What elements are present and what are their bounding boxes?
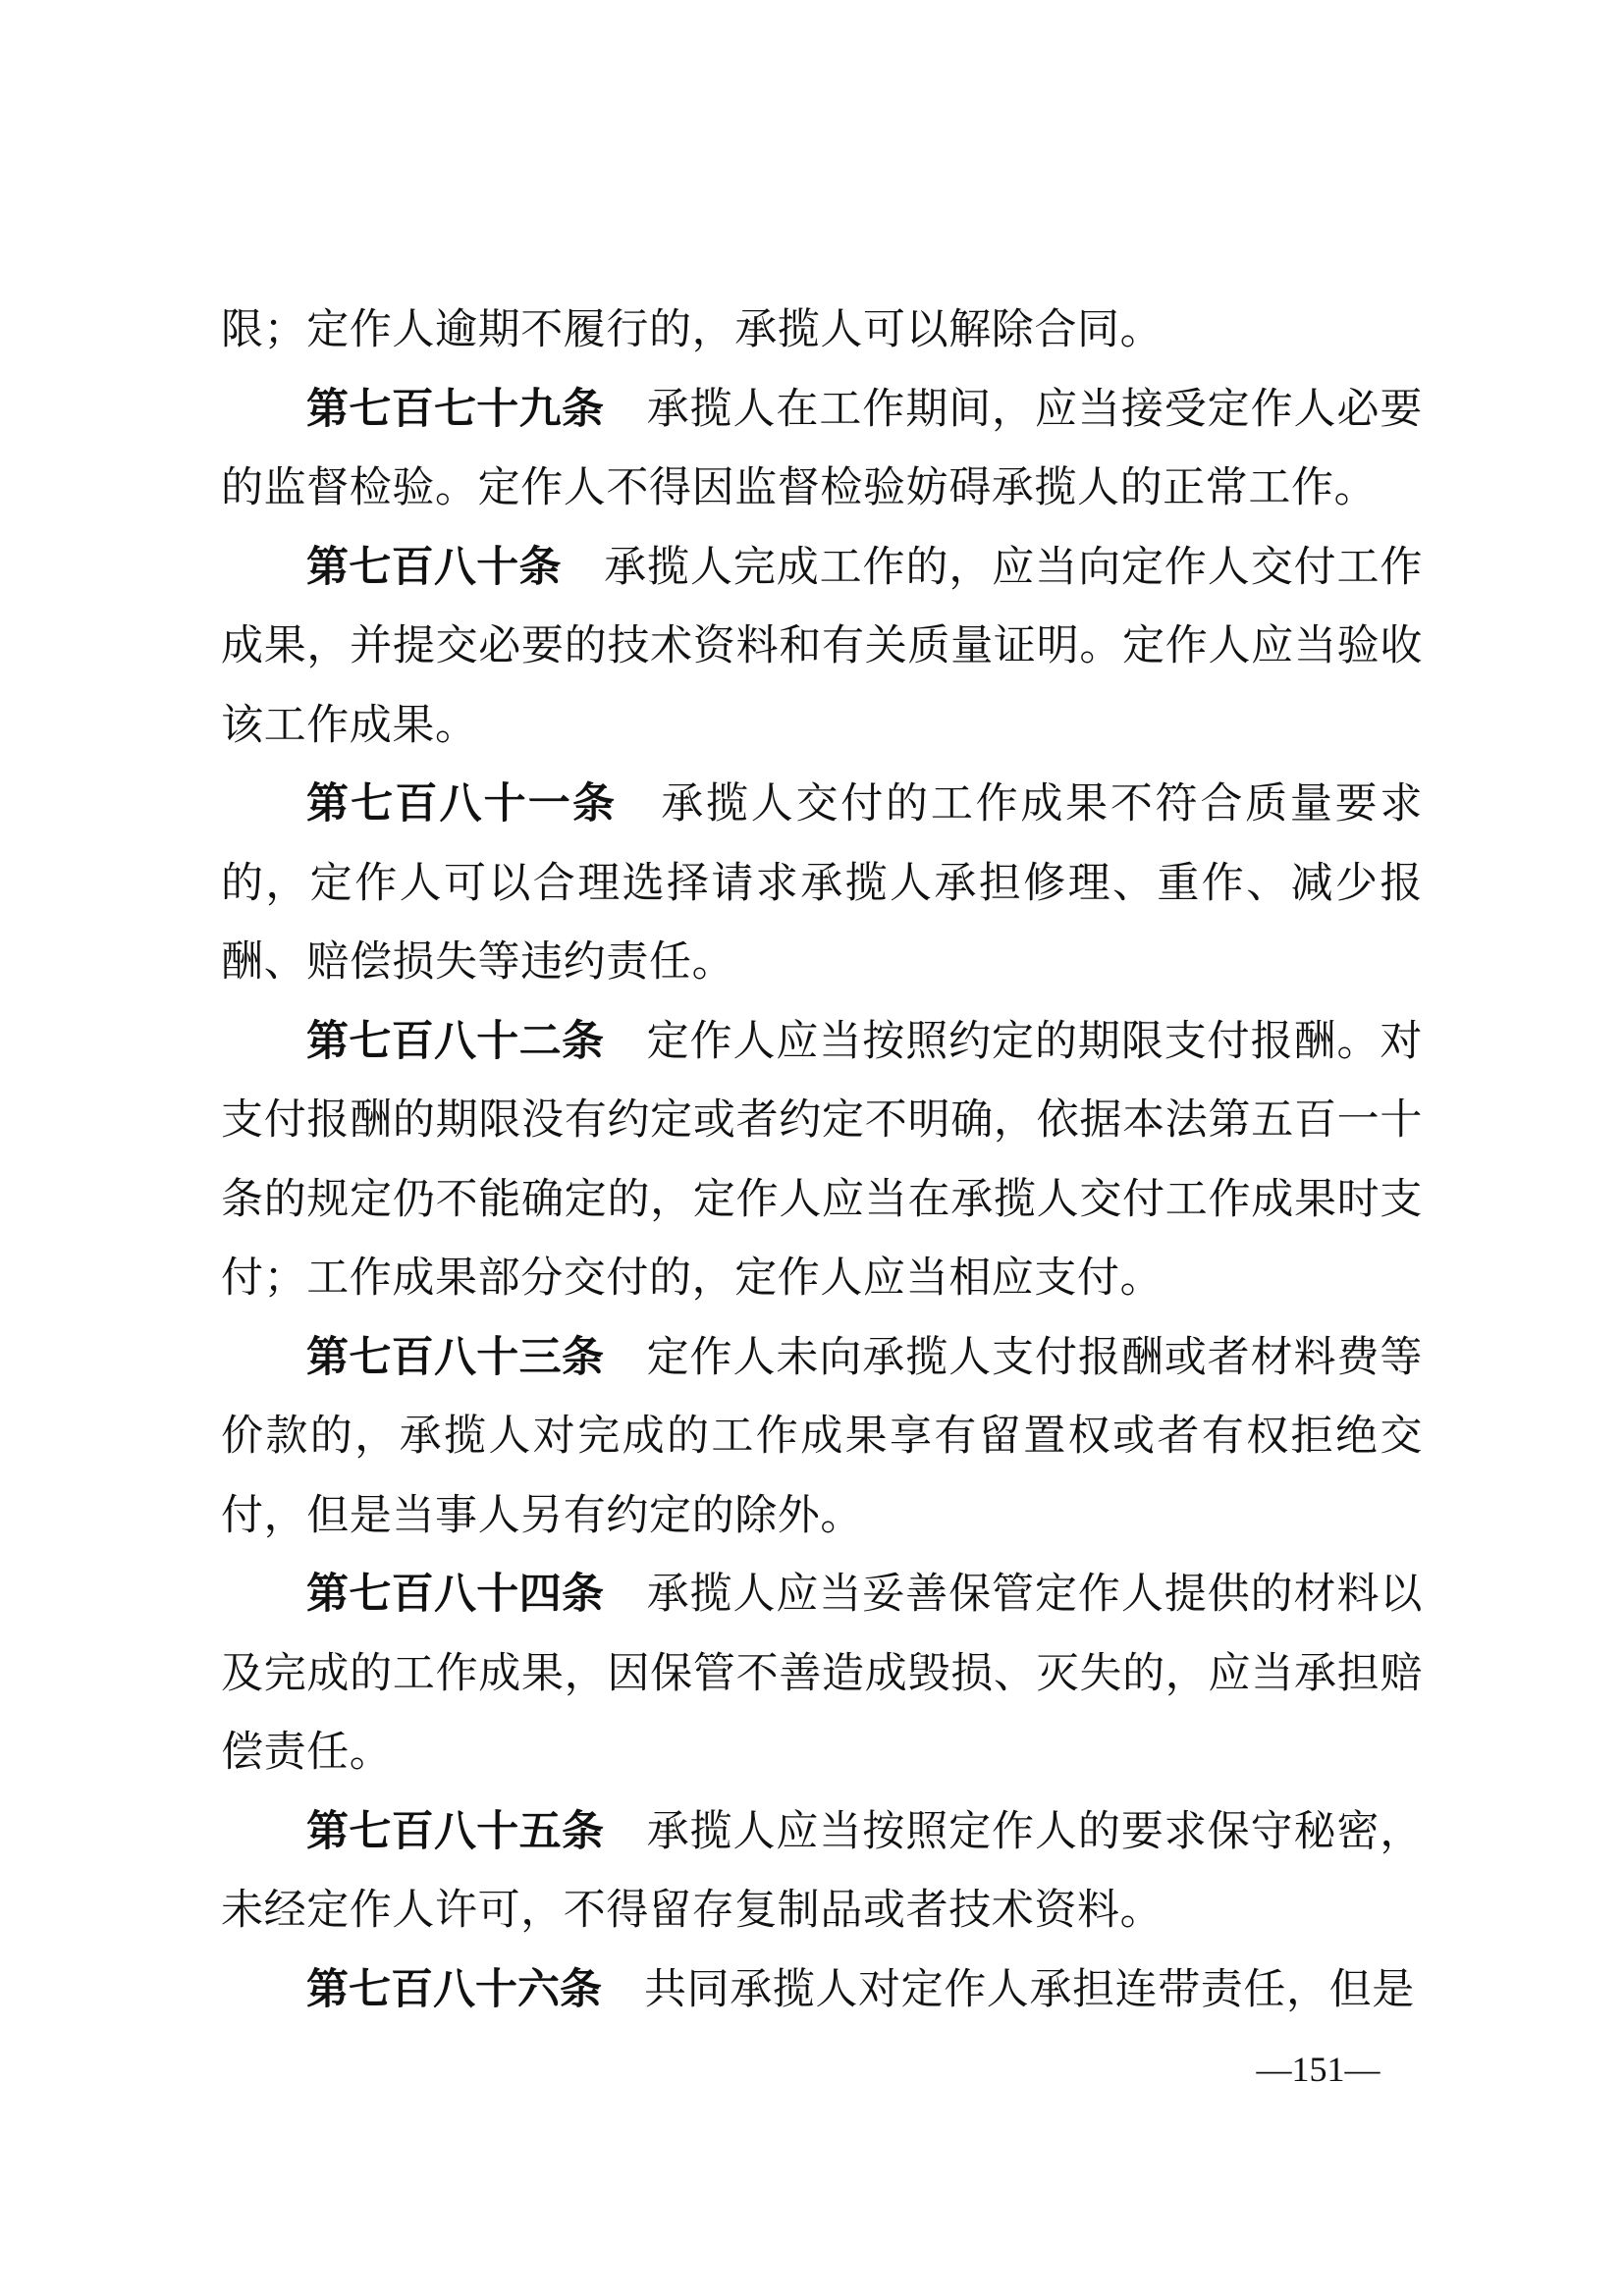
article-782: 第七百八十二条定作人应当按照约定的期限支付报酬。对支付报酬的期限没有约定或者约定… <box>221 1002 1423 1318</box>
article-783: 第七百八十三条定作人未向承揽人支付报酬或者材料费等价款的，承揽人对完成的工作成果… <box>221 1318 1423 1556</box>
page-number: —151— <box>1247 2050 1389 2089</box>
article-number: 第七百八十四条 <box>306 1570 604 1619</box>
article-780: 第七百八十条承揽人完成工作的，应当向定作人交付工作成果，并提交必要的技术资料和有… <box>221 528 1423 766</box>
article-number: 第七百七十九条 <box>306 385 604 434</box>
article-number: 第七百八十三条 <box>306 1333 604 1382</box>
article-number: 第七百八十一条 <box>306 779 617 828</box>
article-781: 第七百八十一条承揽人交付的工作成果不符合质量要求的，定作人可以合理选择请求承揽人… <box>221 765 1423 1002</box>
continuation-paragraph: 限；定作人逾期不履行的，承揽人可以解除合同。 <box>221 291 1423 370</box>
article-number: 第七百八十二条 <box>306 1017 604 1066</box>
article-784: 第七百八十四条承揽人应当妥善保管定作人提供的材料以及完成的工作成果，因保管不善造… <box>221 1555 1423 1792</box>
article-number: 第七百八十五条 <box>306 1807 604 1856</box>
document-body: 限；定作人逾期不履行的，承揽人可以解除合同。 第七百七十九条承揽人在工作期间，应… <box>221 291 1423 2029</box>
article-text: 共同承揽人对定作人承担连带责任，但是 <box>644 1965 1415 2014</box>
article-779: 第七百七十九条承揽人在工作期间，应当接受定作人必要的监督检验。定作人不得因监督检… <box>221 370 1423 528</box>
article-number: 第七百八十六条 <box>306 1965 602 2014</box>
article-786: 第七百八十六条共同承揽人对定作人承担连带责任，但是 <box>221 1950 1423 2030</box>
article-number: 第七百八十条 <box>306 543 562 592</box>
article-785: 第七百八十五条承揽人应当按照定作人的要求保守秘密，未经定作人许可，不得留存复制品… <box>221 1792 1423 1950</box>
